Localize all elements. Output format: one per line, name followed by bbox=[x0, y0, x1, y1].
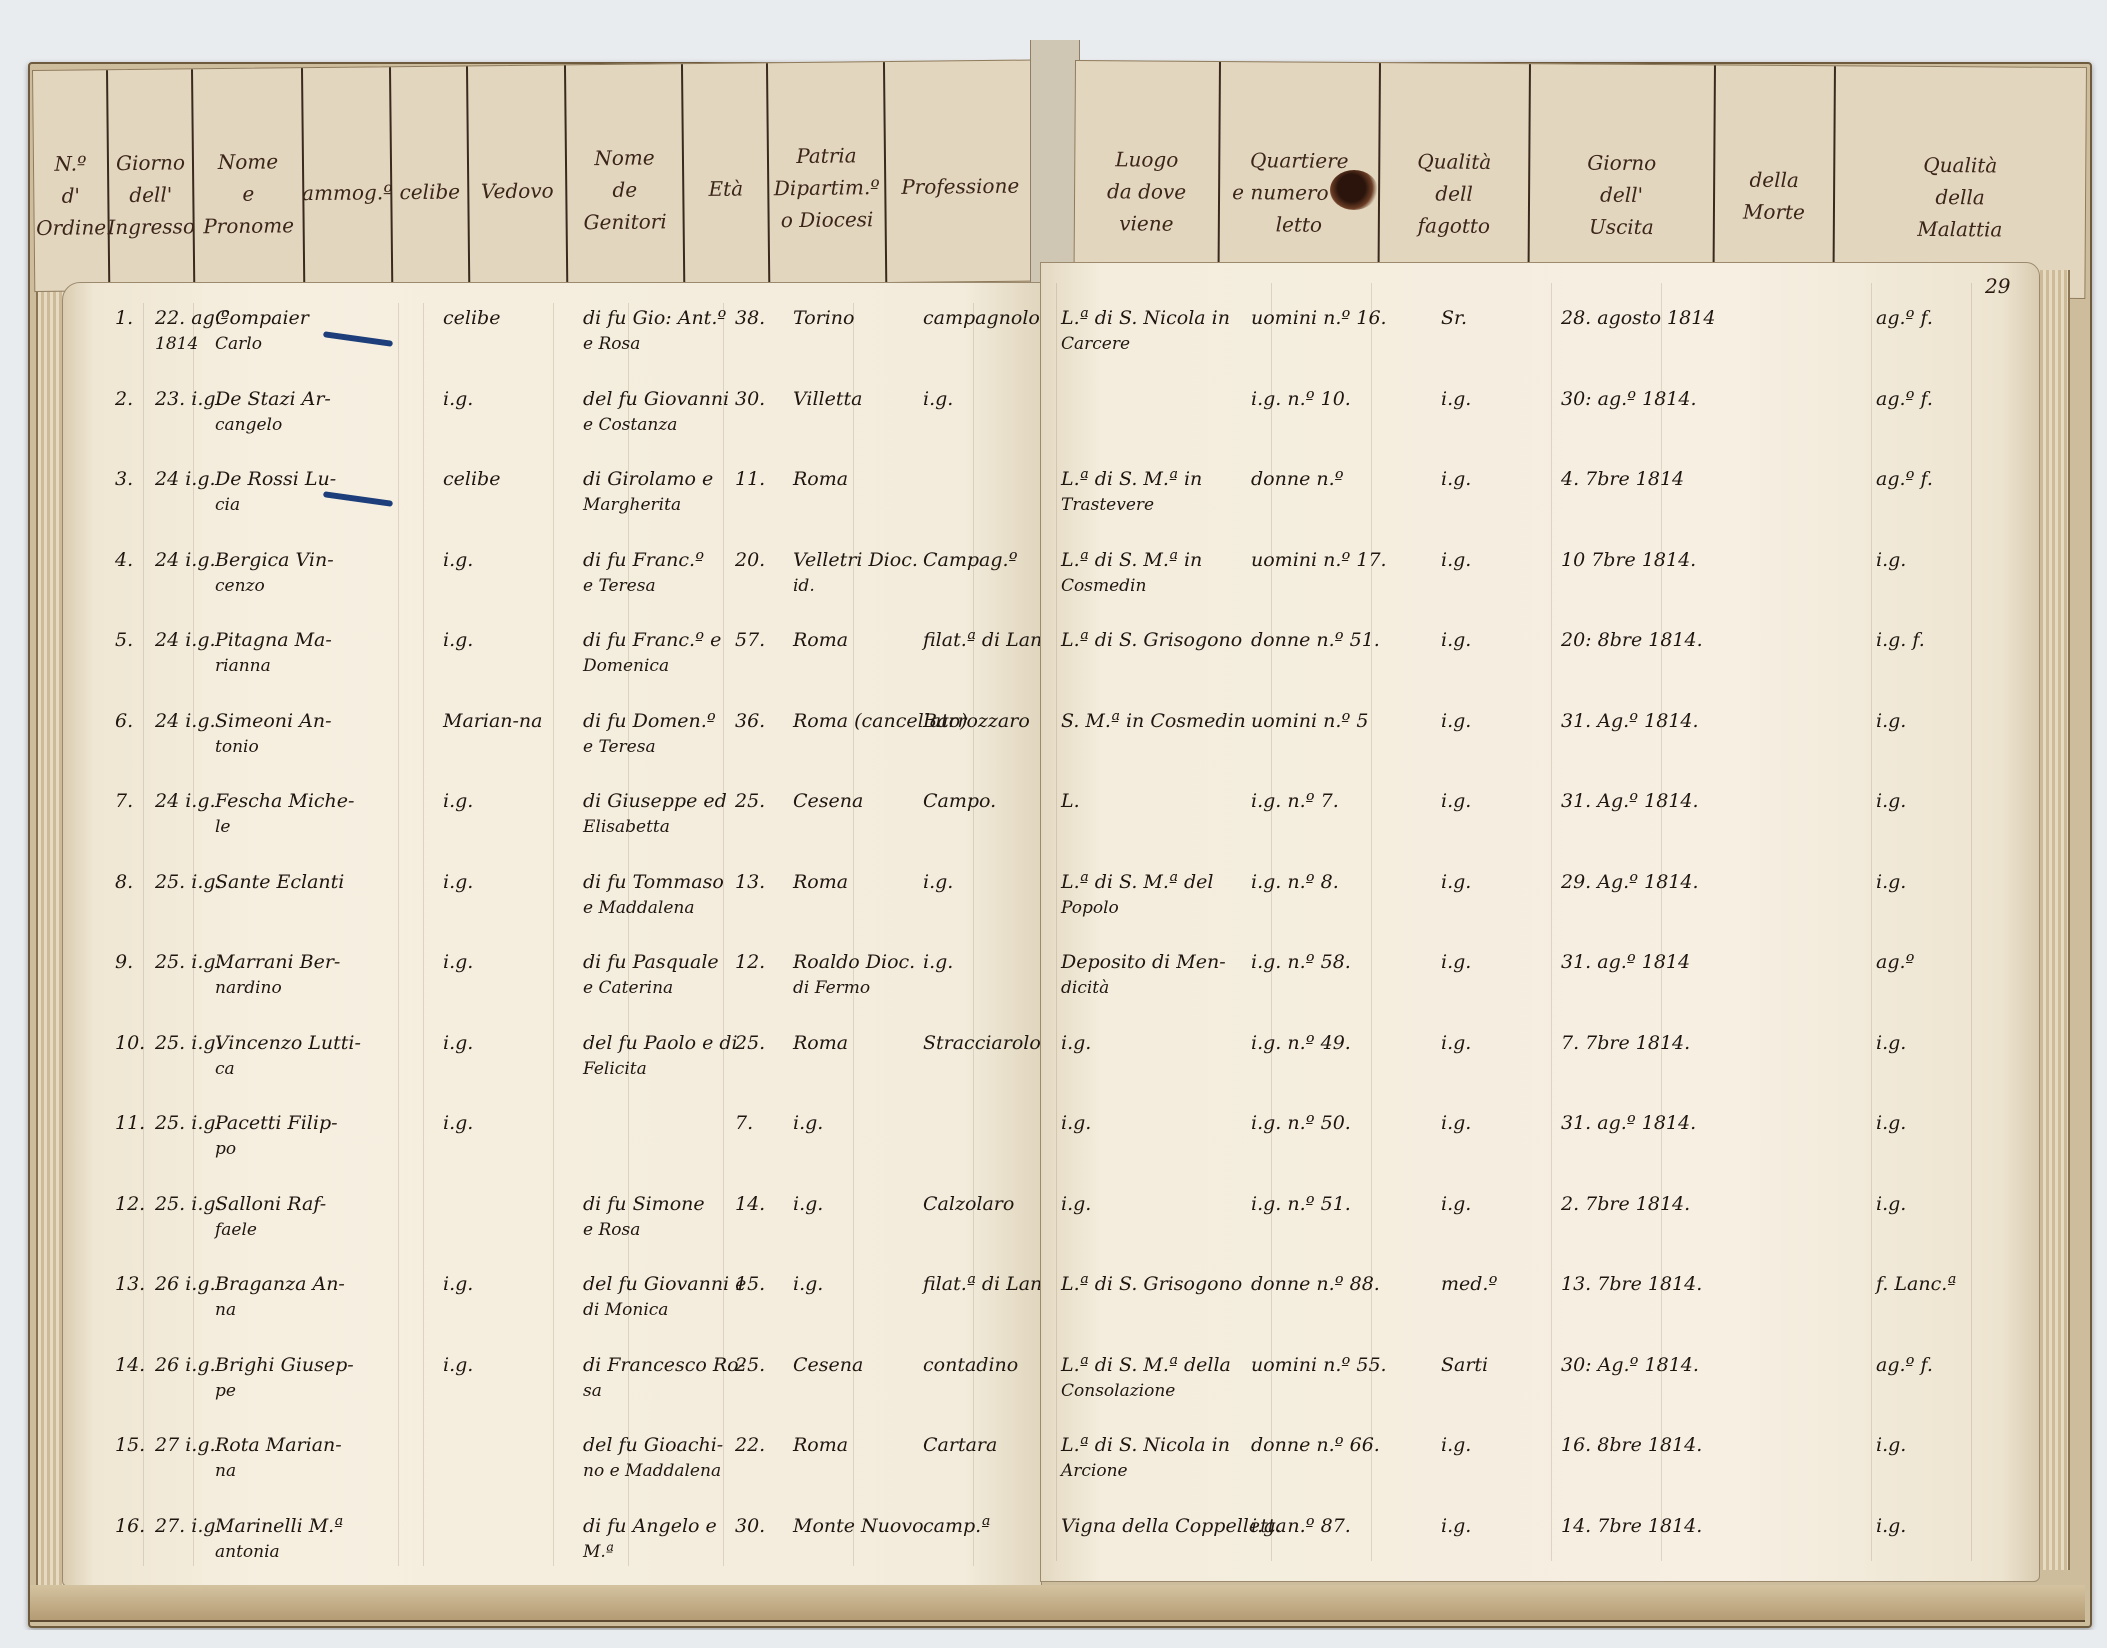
entry-nome-text: Fescha Miche- bbox=[215, 790, 354, 812]
entry-genitori: di Francesco Ro-sa bbox=[583, 1352, 745, 1404]
entry-genitori-text: di fu Tommaso bbox=[583, 871, 724, 893]
column-header-line: o Diocesi bbox=[781, 203, 874, 236]
entry-n-text: 9. bbox=[115, 951, 133, 973]
entry-genitori-text: di fu Angelo e bbox=[583, 1515, 717, 1537]
entry-eta-text: 25. bbox=[735, 1354, 765, 1376]
entry-genitori: di fu Gio: Ant.ºe Rosa bbox=[583, 305, 726, 357]
column-header-left-6: NomedeGenitori bbox=[566, 64, 685, 285]
entry-genitori2-text: Elisabetta bbox=[583, 814, 727, 840]
register-entry-row: L.ª di S. Grisogonodonne n.º 51.i.g.20: … bbox=[1041, 627, 2039, 707]
entry-genitori: di fu Franc.º eDomenica bbox=[583, 627, 721, 679]
entry-giorno: 25. i.g. bbox=[155, 1191, 222, 1217]
entry-uscita-text: 7. 7bre 1814. bbox=[1561, 1032, 1690, 1054]
column-header-left-3: ammog.º bbox=[303, 67, 393, 288]
entry-quartiere: i.g. n.º 7. bbox=[1251, 788, 1339, 814]
register-entry-row: i.g. n.º 10.i.g.30: ag.º 1814.ag.º f. bbox=[1041, 386, 2039, 466]
entry-stato: i.g. bbox=[443, 869, 473, 895]
entry-giorno: 25. i.g. bbox=[155, 949, 222, 975]
entry-patria-text: Cesena bbox=[793, 1354, 863, 1376]
entry-patria-text: Villetta bbox=[793, 388, 862, 410]
entry-uscita: 30: ag.º 1814. bbox=[1561, 386, 1697, 412]
entry-quartiere-text: i.g. n.º 87. bbox=[1251, 1515, 1351, 1537]
entry-giorno: 23. i.g. bbox=[155, 386, 222, 412]
entry-giorno-text: 25. i.g. bbox=[155, 1112, 222, 1134]
entry-nome: CompaierCarlo bbox=[215, 305, 309, 357]
register-entry-row: L.i.g. n.º 7.i.g.31. Ag.º 1814.i.g. bbox=[1041, 788, 2039, 868]
entry-professione: filat.ª di Lana bbox=[923, 1271, 1054, 1297]
entry-professione-text: i.g. bbox=[923, 388, 953, 410]
entry-n-text: 5. bbox=[115, 629, 133, 651]
entry-nome2-text: le bbox=[215, 814, 354, 840]
entry-luogo-text: L.ª di S. Grisogono bbox=[1061, 629, 1242, 651]
register-entry-row: 14.26 i.g.Brighi Giusep-pei.g.di Frances… bbox=[63, 1352, 1041, 1432]
entry-uscita: 30: Ag.º 1814. bbox=[1561, 1352, 1699, 1378]
entry-stato: Marian-na bbox=[443, 708, 543, 734]
entry-luogo: L.ª di S. M.ª dellaConsolazione bbox=[1061, 1352, 1231, 1404]
entry-n-text: 4. bbox=[115, 549, 133, 571]
entry-patria: Roaldo Dioc.di Fermo bbox=[793, 949, 915, 1001]
entry-genitori-text: del fu Giovanni e bbox=[583, 1273, 746, 1295]
entry-patria: i.g. bbox=[793, 1110, 823, 1136]
entry-n: 8. bbox=[115, 869, 133, 895]
entry-professione-text: Campag.º bbox=[923, 549, 1018, 571]
column-header-line: d' bbox=[61, 180, 80, 212]
register-entry-row: Deposito di Men-dicitài.g. n.º 58.i.g.31… bbox=[1041, 949, 2039, 1029]
entry-genitori: del fu Giovanni edi Monica bbox=[583, 1271, 746, 1323]
column-header-line: Luogo bbox=[1115, 143, 1178, 175]
entry-nome2-text: cangelo bbox=[215, 412, 331, 438]
entry-stato-text: celibe bbox=[443, 468, 500, 490]
entry-n-text: 1. bbox=[115, 307, 133, 329]
entry-nome: Sante Eclanti bbox=[215, 869, 344, 895]
entry-luogo2-text: Cosmedin bbox=[1061, 573, 1202, 599]
entry-uscita-text: 31. Ag.º 1814. bbox=[1561, 710, 1699, 732]
column-header-right-3: Giornodell'Uscita bbox=[1529, 64, 1716, 295]
entry-patria2-text: id. bbox=[793, 573, 918, 599]
entry-uscita-text: 31. Ag.º 1814. bbox=[1561, 790, 1699, 812]
entry-professione-text: filat.ª di Lana bbox=[923, 629, 1054, 651]
entry-luogo-text: L.ª di S. Grisogono bbox=[1061, 1273, 1242, 1295]
column-header-line: Pronome bbox=[203, 209, 294, 242]
entry-fagotto-text: Sarti bbox=[1441, 1354, 1488, 1376]
entry-patria2-text: di Fermo bbox=[793, 975, 915, 1001]
column-header-line: Professione bbox=[901, 170, 1019, 203]
column-header-line: dell bbox=[1435, 178, 1473, 210]
entry-professione: camp.ª bbox=[923, 1513, 990, 1539]
entry-giorno: 24 i.g. bbox=[155, 627, 216, 653]
entry-n: 7. bbox=[115, 788, 133, 814]
entry-fagotto: med.º bbox=[1441, 1271, 1497, 1297]
entry-luogo-text: L.ª di S. Nicola in bbox=[1061, 307, 1230, 329]
entry-eta-text: 11. bbox=[735, 468, 765, 490]
entry-professione: contadino bbox=[923, 1352, 1018, 1378]
register-entry-row: 9.25. i.g.Marrani Ber-nardinoi.g.di fu P… bbox=[63, 949, 1041, 1029]
entry-fagotto-text: i.g. bbox=[1441, 1515, 1471, 1537]
entry-luogo-text: i.g. bbox=[1061, 1193, 1091, 1215]
register-entry-row: Vigna della Coppellettai.g. n.º 87.i.g.1… bbox=[1041, 1513, 2039, 1593]
entry-quartiere: i.g. n.º 58. bbox=[1251, 949, 1351, 975]
entry-patria-text: Roaldo Dioc. bbox=[793, 951, 915, 973]
entry-n-text: 7. bbox=[115, 790, 133, 812]
entry-luogo2-text: Consolazione bbox=[1061, 1378, 1231, 1404]
entry-luogo: L. bbox=[1061, 788, 1080, 814]
entry-fagotto-text: i.g. bbox=[1441, 1112, 1471, 1134]
entry-nome-text: Compaier bbox=[215, 307, 309, 329]
entry-nome: Bergica Vin-cenzo bbox=[215, 547, 334, 599]
entry-eta: 7. bbox=[735, 1110, 753, 1136]
entry-uscita-text: 13. 7bre 1814. bbox=[1561, 1273, 1702, 1295]
entry-patria-text: Roma bbox=[793, 1434, 848, 1456]
entry-giorno: 26 i.g. bbox=[155, 1271, 216, 1297]
entry-professione: Campo. bbox=[923, 788, 996, 814]
entry-fagotto-text: i.g. bbox=[1441, 1032, 1471, 1054]
entry-uscita: 31. Ag.º 1814. bbox=[1561, 788, 1699, 814]
entry-fagotto: i.g. bbox=[1441, 1030, 1471, 1056]
entry-patria-text: Roma bbox=[793, 629, 848, 651]
entry-giorno: 24 i.g. bbox=[155, 788, 216, 814]
entry-quartiere-text: uomini n.º 55. bbox=[1251, 1354, 1387, 1376]
column-header-left-8: PatriaDipartim.ºo Diocesi bbox=[768, 62, 887, 283]
entry-quartiere-text: i.g. n.º 58. bbox=[1251, 951, 1351, 973]
entry-nome-text: De Stazi Ar- bbox=[215, 388, 331, 410]
entry-quartiere-text: i.g. n.º 49. bbox=[1251, 1032, 1351, 1054]
entry-stato: i.g. bbox=[443, 788, 473, 814]
entry-luogo2-text: Popolo bbox=[1061, 895, 1213, 921]
register-entry-row: L.ª di S. M.ª delPopoloi.g. n.º 8.i.g.29… bbox=[1041, 869, 2039, 949]
entry-eta-text: 12. bbox=[735, 951, 765, 973]
entry-n: 14. bbox=[115, 1352, 145, 1378]
entry-n-text: 14. bbox=[115, 1354, 145, 1376]
entry-giorno: 24 i.g. bbox=[155, 466, 216, 492]
register-entry-row: L.ª di S. Nicola inCarcereuomini n.º 16.… bbox=[1041, 305, 2039, 385]
entry-fagotto: i.g. bbox=[1441, 1191, 1471, 1217]
register-entry-row: 11.25. i.g.Pacetti Filip-poi.g.7.i.g. bbox=[63, 1110, 1041, 1190]
entry-patria: Roma bbox=[793, 466, 848, 492]
register-entry-row: i.g.i.g. n.º 49.i.g.7. 7bre 1814.i.g. bbox=[1041, 1030, 2039, 1110]
entry-fagotto-text: Sr. bbox=[1441, 307, 1467, 329]
entry-malattia-text: i.g. bbox=[1876, 1112, 1906, 1134]
entry-stato-text: i.g. bbox=[443, 790, 473, 812]
entry-eta: 11. bbox=[735, 466, 765, 492]
entry-nome-text: Bergica Vin- bbox=[215, 549, 334, 571]
entry-nome: Fescha Miche-le bbox=[215, 788, 354, 840]
entry-quartiere: i.g. n.º 50. bbox=[1251, 1110, 1351, 1136]
entry-genitori: di fu Pasqualee Caterina bbox=[583, 949, 719, 1001]
entry-nome-text: Vincenzo Lutti- bbox=[215, 1032, 361, 1054]
entry-n-text: 11. bbox=[115, 1112, 145, 1134]
entry-uscita-text: 30: ag.º 1814. bbox=[1561, 388, 1697, 410]
entry-malattia: i.g. bbox=[1876, 1030, 1906, 1056]
entry-uscita-text: 29. Ag.º 1814. bbox=[1561, 871, 1699, 893]
column-header-left-4: celibe bbox=[391, 66, 470, 287]
entry-fagotto-text: i.g. bbox=[1441, 468, 1471, 490]
entry-giorno-text: 26 i.g. bbox=[155, 1273, 216, 1295]
entry-luogo2-text: Carcere bbox=[1061, 331, 1230, 357]
book-spine bbox=[1030, 40, 1080, 290]
entry-fagotto-text: i.g. bbox=[1441, 549, 1471, 571]
entry-genitori: del fu Gioachi-no e Maddalena bbox=[583, 1432, 723, 1484]
entry-professione-text: i.g. bbox=[923, 871, 953, 893]
entry-n: 2. bbox=[115, 386, 133, 412]
column-header-line: letto bbox=[1276, 208, 1323, 240]
entry-giorno-text: 25. i.g. bbox=[155, 1193, 222, 1215]
entry-uscita-text: 2. 7bre 1814. bbox=[1561, 1193, 1690, 1215]
entry-n: 6. bbox=[115, 708, 133, 734]
entry-genitori2-text: sa bbox=[583, 1378, 745, 1404]
entry-luogo: L.ª di S. Nicola inCarcere bbox=[1061, 305, 1230, 357]
column-header-line: viene bbox=[1119, 207, 1173, 239]
page-number: 29 bbox=[1985, 274, 2010, 298]
entry-quartiere-text: donne n.º 88. bbox=[1251, 1273, 1380, 1295]
entry-quartiere-text: i.g. n.º 8. bbox=[1251, 871, 1339, 893]
entry-giorno-text: 27. i.g. bbox=[155, 1515, 222, 1537]
entry-fagotto: i.g. bbox=[1441, 466, 1471, 492]
entry-fagotto-text: med.º bbox=[1441, 1273, 1497, 1295]
entry-patria: Roma bbox=[793, 869, 848, 895]
entry-malattia-text: i.g. bbox=[1876, 1434, 1906, 1456]
entry-fagotto: i.g. bbox=[1441, 869, 1471, 895]
entry-quartiere: donne n.º 51. bbox=[1251, 627, 1380, 653]
entry-quartiere-text: i.g. n.º 51. bbox=[1251, 1193, 1351, 1215]
entry-patria: Roma bbox=[793, 1030, 848, 1056]
entry-luogo: i.g. bbox=[1061, 1030, 1091, 1056]
entry-genitori2-text: e Costanza bbox=[583, 412, 729, 438]
entry-patria-text: Roma bbox=[793, 1032, 848, 1054]
entry-luogo-text: L.ª di S. M.ª in bbox=[1061, 468, 1202, 490]
entry-professione: Campag.º bbox=[923, 547, 1018, 573]
entry-luogo2-text: Trastevere bbox=[1061, 492, 1202, 518]
entry-stato: i.g. bbox=[443, 1110, 473, 1136]
column-header-line: ammog.º bbox=[302, 176, 393, 209]
entry-uscita-text: 30: Ag.º 1814. bbox=[1561, 1354, 1699, 1376]
entry-genitori2-text: e Teresa bbox=[583, 734, 716, 760]
entry-fagotto-text: i.g. bbox=[1441, 790, 1471, 812]
entry-nome: Pitagna Ma-rianna bbox=[215, 627, 332, 679]
entry-n-text: 13. bbox=[115, 1273, 145, 1295]
entry-luogo: L.ª di S. Nicola inArcione bbox=[1061, 1432, 1230, 1484]
entry-patria: Torino bbox=[793, 305, 854, 331]
entry-luogo: L.ª di S. M.ª inCosmedin bbox=[1061, 547, 1202, 599]
entry-genitori: di fu Angelo eM.ª bbox=[583, 1513, 717, 1565]
register-entry-row: 2.23. i.g.De Stazi Ar-cangeloi.g.del fu … bbox=[63, 386, 1041, 466]
entry-luogo: L.ª di S. Grisogono bbox=[1061, 627, 1242, 653]
entry-quartiere: i.g. n.º 51. bbox=[1251, 1191, 1351, 1217]
entry-nome: Salloni Raf-faele bbox=[215, 1191, 326, 1243]
entry-uscita: 4. 7bre 1814 bbox=[1561, 466, 1684, 492]
register-entry-row: 7.24 i.g.Fescha Miche-lei.g.di Giuseppe … bbox=[63, 788, 1041, 868]
entry-stato-text: i.g. bbox=[443, 388, 473, 410]
entry-quartiere: uomini n.º 17. bbox=[1251, 547, 1387, 573]
entry-n: 16. bbox=[115, 1513, 145, 1539]
entry-giorno-text: 26 i.g. bbox=[155, 1354, 216, 1376]
entry-eta-text: 14. bbox=[735, 1193, 765, 1215]
entry-luogo2-text: Arcione bbox=[1061, 1458, 1230, 1484]
entry-n: 11. bbox=[115, 1110, 145, 1136]
entry-quartiere-text: i.g. n.º 10. bbox=[1251, 388, 1351, 410]
entry-n: 9. bbox=[115, 949, 133, 975]
entry-stato-text: i.g. bbox=[443, 629, 473, 651]
register-entry-row: L.ª di S. M.ª dellaConsolazioneuomini n.… bbox=[1041, 1352, 2039, 1432]
header-sheet-left: N.ºd'OrdineGiornodell'IngressoNomeeProno… bbox=[32, 60, 1036, 292]
entry-uscita: 14. 7bre 1814. bbox=[1561, 1513, 1702, 1539]
column-header-line: della bbox=[1749, 164, 1799, 196]
entry-patria-text: Roma bbox=[793, 468, 848, 490]
entry-luogo-text: i.g. bbox=[1061, 1032, 1091, 1054]
entry-luogo: i.g. bbox=[1061, 1191, 1091, 1217]
entry-fagotto: i.g. bbox=[1441, 386, 1471, 412]
entry-uscita-text: 31. ag.º 1814 bbox=[1561, 951, 1690, 973]
entry-eta-text: 25. bbox=[735, 1032, 765, 1054]
entry-luogo-text: L.ª di S. M.ª della bbox=[1061, 1354, 1231, 1376]
entry-patria-text: i.g. bbox=[793, 1273, 823, 1295]
entry-malattia: ag.º f. bbox=[1876, 466, 1933, 492]
entry-genitori-text: di fu Pasquale bbox=[583, 951, 719, 973]
entry-fagotto-text: i.g. bbox=[1441, 951, 1471, 973]
entry-stato: i.g. bbox=[443, 1030, 473, 1056]
entry-uscita: 16. 8bre 1814. bbox=[1561, 1432, 1702, 1458]
entry-professione: Barrozzaro bbox=[923, 708, 1030, 734]
register-entry-row: L.ª di S. M.ª inTrasteveredonne n.ºi.g.4… bbox=[1041, 466, 2039, 546]
column-header-line: N.º bbox=[54, 147, 86, 179]
entry-uscita: 31. ag.º 1814. bbox=[1561, 1110, 1696, 1136]
entry-quartiere-text: uomini n.º 16. bbox=[1251, 307, 1387, 329]
entry-professione-text: camp.ª bbox=[923, 1515, 990, 1537]
entry-stato: i.g. bbox=[443, 386, 473, 412]
entry-professione: campagnolo bbox=[923, 305, 1040, 331]
column-header-line: Patria bbox=[796, 139, 857, 172]
entry-giorno-text: 23. i.g. bbox=[155, 388, 222, 410]
entry-fagotto: Sarti bbox=[1441, 1352, 1488, 1378]
entry-professione-text: Cartara bbox=[923, 1434, 997, 1456]
column-header-line: Genitori bbox=[583, 205, 666, 238]
entry-malattia: ag.º f. bbox=[1876, 305, 1933, 331]
entry-quartiere-text: i.g. n.º 7. bbox=[1251, 790, 1339, 812]
column-header-line: Vedovo bbox=[481, 175, 554, 208]
entry-uscita: 31. Ag.º 1814. bbox=[1561, 708, 1699, 734]
column-header-line: Qualità bbox=[1417, 145, 1491, 178]
entry-genitori: di fu Simonee Rosa bbox=[583, 1191, 705, 1243]
entry-genitori2-text: Domenica bbox=[583, 653, 721, 679]
entry-eta: 30. bbox=[735, 386, 765, 412]
entry-fagotto: i.g. bbox=[1441, 1432, 1471, 1458]
register-page-right: L.ª di S. Nicola inCarcereuomini n.º 16.… bbox=[1040, 262, 2040, 1582]
register-entry-row: 12.25. i.g.Salloni Raf-faeledi fu Simone… bbox=[63, 1191, 1041, 1271]
entry-luogo-text: L.ª di S. M.ª in bbox=[1061, 549, 1202, 571]
entry-fagotto-text: i.g. bbox=[1441, 629, 1471, 651]
entry-patria: i.g. bbox=[793, 1271, 823, 1297]
entry-giorno-text: 24 i.g. bbox=[155, 629, 216, 651]
left-page-edges bbox=[36, 290, 64, 1585]
entry-malattia: ag.º bbox=[1876, 949, 1914, 975]
entry-giorno: 25. i.g. bbox=[155, 869, 222, 895]
entry-professione: i.g. bbox=[923, 386, 953, 412]
entry-quartiere: i.g. n.º 8. bbox=[1251, 869, 1339, 895]
entry-patria-text: Roma bbox=[793, 871, 848, 893]
entry-giorno: 25. i.g. bbox=[155, 1030, 222, 1056]
entry-luogo: Deposito di Men-dicità bbox=[1061, 949, 1226, 1001]
entry-professione: filat.ª di Lana bbox=[923, 627, 1054, 653]
entry-eta-text: 22. bbox=[735, 1434, 765, 1456]
entry-nome2-text: cia bbox=[215, 492, 336, 518]
entry-eta: 13. bbox=[735, 869, 765, 895]
entry-quartiere-text: uomini n.º 5 bbox=[1251, 710, 1368, 732]
entry-giorno-text: 25. i.g. bbox=[155, 951, 222, 973]
entry-giorno-text: 25. i.g. bbox=[155, 871, 222, 893]
column-header-left-0: N.ºd'Ordine bbox=[33, 70, 110, 291]
entry-uscita-text: 10 7bre 1814. bbox=[1561, 549, 1696, 571]
entry-giorno: 24 i.g. bbox=[155, 547, 216, 573]
entry-eta: 25. bbox=[735, 1030, 765, 1056]
entry-uscita-text: 16. 8bre 1814. bbox=[1561, 1434, 1702, 1456]
entry-genitori2-text: e Rosa bbox=[583, 1217, 705, 1243]
entry-quartiere-text: donne n.º bbox=[1251, 468, 1344, 490]
entry-stato: i.g. bbox=[443, 949, 473, 975]
register-entry-row: L.ª di S. Grisogonodonne n.º 88.med.º13.… bbox=[1041, 1271, 2039, 1351]
entry-professione-text: Campo. bbox=[923, 790, 996, 812]
entry-genitori2-text: no e Maddalena bbox=[583, 1458, 723, 1484]
entry-malattia-text: i.g. bbox=[1876, 1193, 1906, 1215]
entry-stato: celibe bbox=[443, 466, 500, 492]
column-header-line: Nome bbox=[218, 145, 279, 178]
entry-genitori-text: di fu Domen.º bbox=[583, 710, 716, 732]
entry-n: 13. bbox=[115, 1271, 145, 1297]
entry-luogo-text: L.ª di S. M.ª del bbox=[1061, 871, 1213, 893]
entry-nome2-text: nardino bbox=[215, 975, 340, 1001]
entry-genitori: di Girolamo eMargherita bbox=[583, 466, 713, 518]
column-header-right-0: Luogoda doveviene bbox=[1074, 61, 1221, 292]
entry-malattia-text: i.g. bbox=[1876, 1032, 1906, 1054]
entry-eta: 30. bbox=[735, 1513, 765, 1539]
entry-genitori-text: di fu Franc.º bbox=[583, 549, 704, 571]
entry-nome: Brighi Giusep-pe bbox=[215, 1352, 354, 1404]
register-entry-row: L.ª di S. Nicola inArcionedonne n.º 66.i… bbox=[1041, 1432, 2039, 1512]
entry-quartiere: uomini n.º 5 bbox=[1251, 708, 1368, 734]
entry-quartiere-text: donne n.º 66. bbox=[1251, 1434, 1380, 1456]
entry-patria-text: Velletri Dioc. bbox=[793, 549, 918, 571]
entry-quartiere: donne n.º 88. bbox=[1251, 1271, 1380, 1297]
entry-stato-text: Marian-na bbox=[443, 710, 543, 732]
entry-fagotto: i.g. bbox=[1441, 788, 1471, 814]
entry-giorno: 24 i.g. bbox=[155, 708, 216, 734]
entry-genitori-text: di Francesco Ro- bbox=[583, 1354, 745, 1376]
entry-nome2-text: po bbox=[215, 1136, 338, 1162]
register-entry-row: 4.24 i.g.Bergica Vin-cenzoi.g.di fu Fran… bbox=[63, 547, 1041, 627]
register-entry-row: 10.25. i.g.Vincenzo Lutti-cai.g.del fu P… bbox=[63, 1030, 1041, 1110]
entry-genitori-text: di Giuseppe ed bbox=[583, 790, 727, 812]
entry-nome-text: Sante Eclanti bbox=[215, 871, 344, 893]
entry-uscita: 20: 8bre 1814. bbox=[1561, 627, 1703, 653]
entry-quartiere: i.g. n.º 10. bbox=[1251, 386, 1351, 412]
entry-malattia-text: i.g. bbox=[1876, 1515, 1906, 1537]
entry-n-text: 15. bbox=[115, 1434, 145, 1456]
entry-quartiere: i.g. n.º 87. bbox=[1251, 1513, 1351, 1539]
entry-n: 10. bbox=[115, 1030, 145, 1056]
column-header-line: dell' bbox=[1600, 179, 1643, 211]
entry-quartiere: uomini n.º 16. bbox=[1251, 305, 1387, 331]
entry-genitori: di fu Franc.ºe Teresa bbox=[583, 547, 704, 599]
entry-giorno: 27 i.g. bbox=[155, 1432, 216, 1458]
entry-professione: Cartara bbox=[923, 1432, 997, 1458]
entry-luogo: L.ª di S. Grisogono bbox=[1061, 1271, 1242, 1297]
entry-malattia-text: ag.º f. bbox=[1876, 307, 1933, 329]
entry-professione-text: campagnolo bbox=[923, 307, 1040, 329]
entry-quartiere: uomini n.º 55. bbox=[1251, 1352, 1387, 1378]
entry-genitori2-text: e Teresa bbox=[583, 573, 704, 599]
entry-nome: Braganza An-na bbox=[215, 1271, 345, 1323]
entry-malattia-text: i.g. bbox=[1876, 790, 1906, 812]
entry-genitori2-text: e Maddalena bbox=[583, 895, 724, 921]
entry-nome-text: Pitagna Ma- bbox=[215, 629, 332, 651]
